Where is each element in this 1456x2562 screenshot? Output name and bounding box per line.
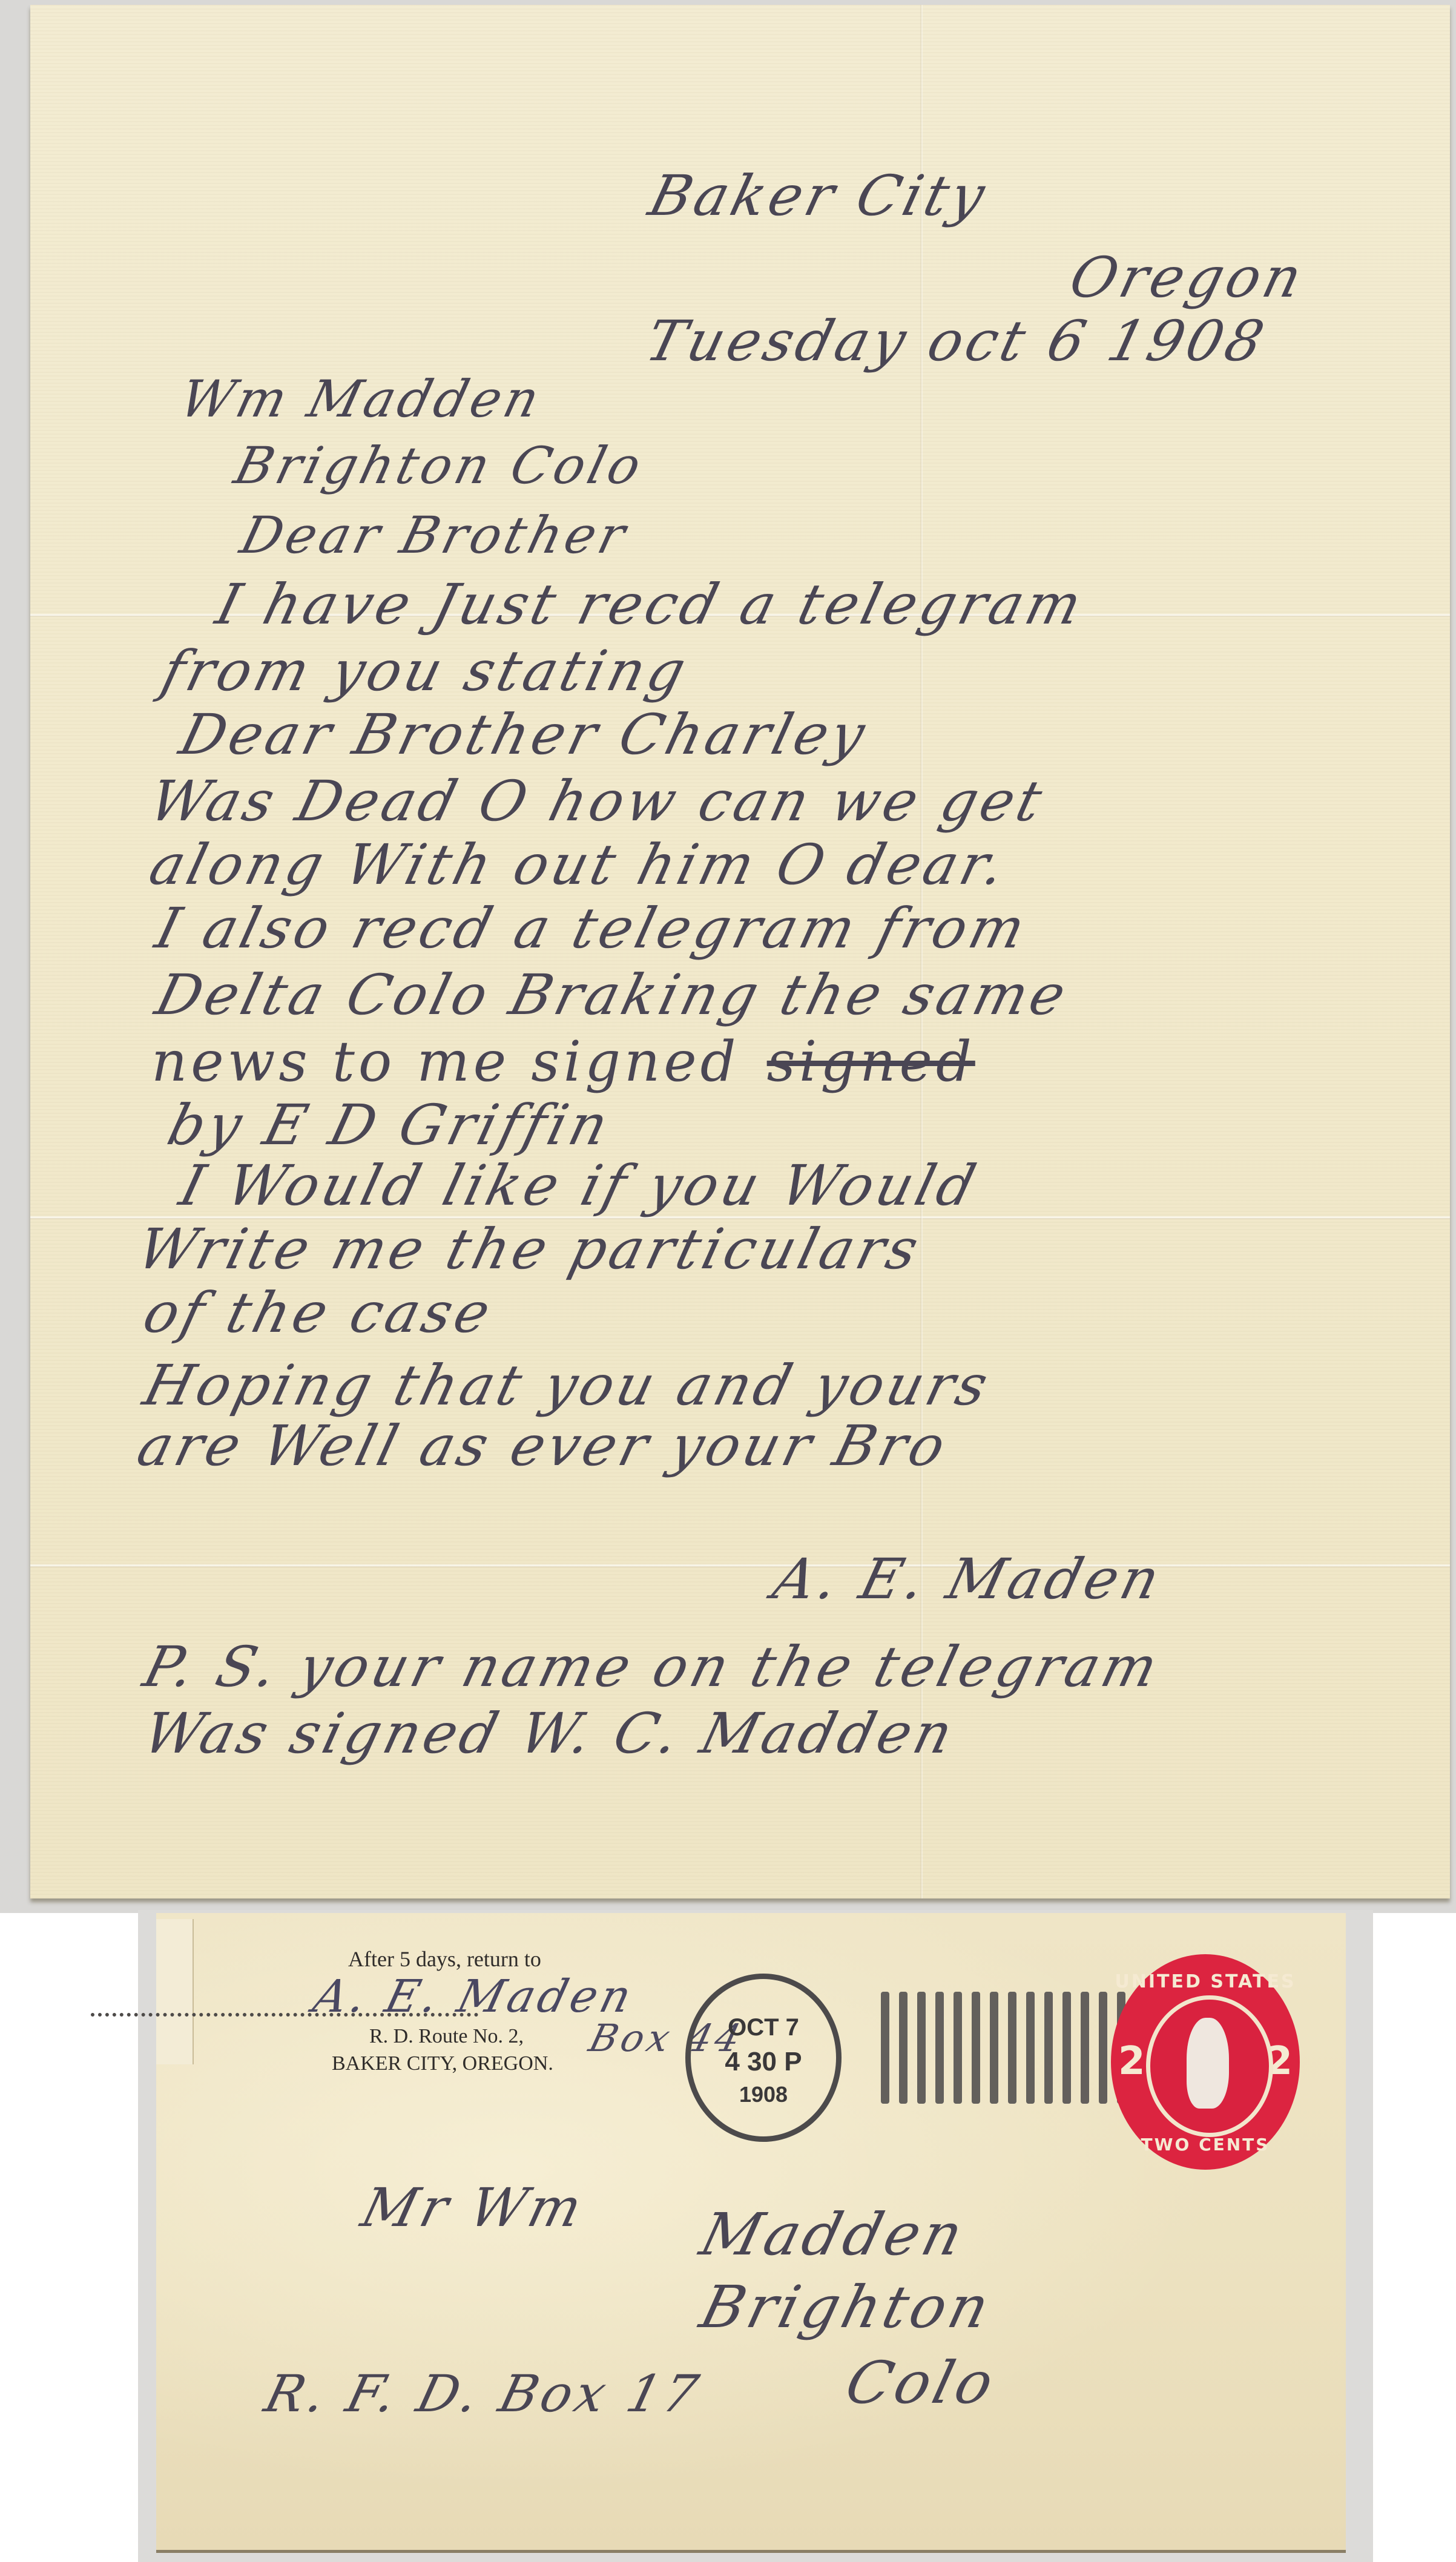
return-city: BAKER CITY, OREGON. [332, 2052, 553, 2075]
letter-postscript-line: Was signed W. C. Madden [137, 1701, 963, 1766]
letter-body-line: Was Dead O how can we get [143, 769, 1052, 834]
fold-crease [30, 1564, 1450, 1567]
letter-body-line: I Would like if you Would [174, 1153, 986, 1218]
address-line-state: Colo [839, 2349, 1004, 2417]
letter-body-line: Hoping that you and yours [137, 1353, 998, 1418]
postmark-date: OCT 7 [691, 2014, 836, 2041]
letter-salutation: Dear Brother [235, 505, 635, 565]
return-address-dotted-line [91, 2013, 478, 2020]
postmark: OCT 7 4 30 P 1908 [685, 1974, 842, 2142]
struck-word: signed [767, 1029, 975, 1094]
letter-signature: A. E. Maden [767, 1547, 1170, 1612]
return-notice: After 5 days, return to [348, 1946, 541, 1972]
address-line-name-prefix: Mr Wm [355, 2176, 591, 2239]
letter-body-line: are Well as ever your Bro [131, 1414, 955, 1478]
envelope-torn-flap [156, 1919, 194, 2064]
letter-body-line: Write me the particulars [131, 1217, 928, 1282]
letter-body-line: I have Just recd a telegram [210, 572, 1092, 637]
letter-place-city: Baker City [643, 163, 995, 228]
letter-body-text: news to me signed [151, 1029, 740, 1094]
letter-body-line: from you stating [156, 639, 696, 703]
letter-place-state: Oregon [1064, 245, 1312, 310]
stamp-portrait-frame [1146, 1995, 1273, 2137]
two-cent-stamp: UNITED STATES 2 2 TWO CENTS [1111, 1954, 1300, 2170]
letter-body-line-with-strike: news to me signed signed [151, 1029, 975, 1094]
letter-body-line: Delta Colo Braking the same [150, 963, 1076, 1027]
letter-postscript-line: P. S. your name on the telegram [137, 1635, 1168, 1699]
stamp-denomination-left: 2 [1118, 2039, 1145, 2084]
letter-recipient-name: Wm Madden [174, 369, 549, 429]
stamp-top-text: UNITED STATES [1111, 1971, 1300, 1992]
letter-date: Tuesday oct 6 1908 [640, 309, 1274, 374]
letter-body-line: along With out him O dear. [143, 832, 1015, 897]
letter-body-line: by E D Griffin [162, 1093, 618, 1158]
stamp-bottom-text: TWO CENTS [1111, 2135, 1300, 2155]
letter-body-line: I also recd a telegram from [150, 896, 1035, 961]
return-route: R. D. Route No. 2, [369, 2025, 524, 2048]
address-line-city: Brighton [694, 2273, 1000, 2341]
letter-body-line: of the case [137, 1280, 500, 1345]
postmark-time: 4 30 P [691, 2047, 836, 2077]
letter-body-line: Dear Brother Charley [174, 702, 875, 767]
portrait-silhouette-icon [1187, 2018, 1229, 2109]
address-rfd-line: R. F. D. Box 17 [259, 2364, 708, 2423]
letter-recipient-place: Brighton Colo [229, 436, 650, 495]
postmark-year: 1908 [691, 2082, 836, 2107]
address-line-surname: Madden [694, 2201, 973, 2268]
